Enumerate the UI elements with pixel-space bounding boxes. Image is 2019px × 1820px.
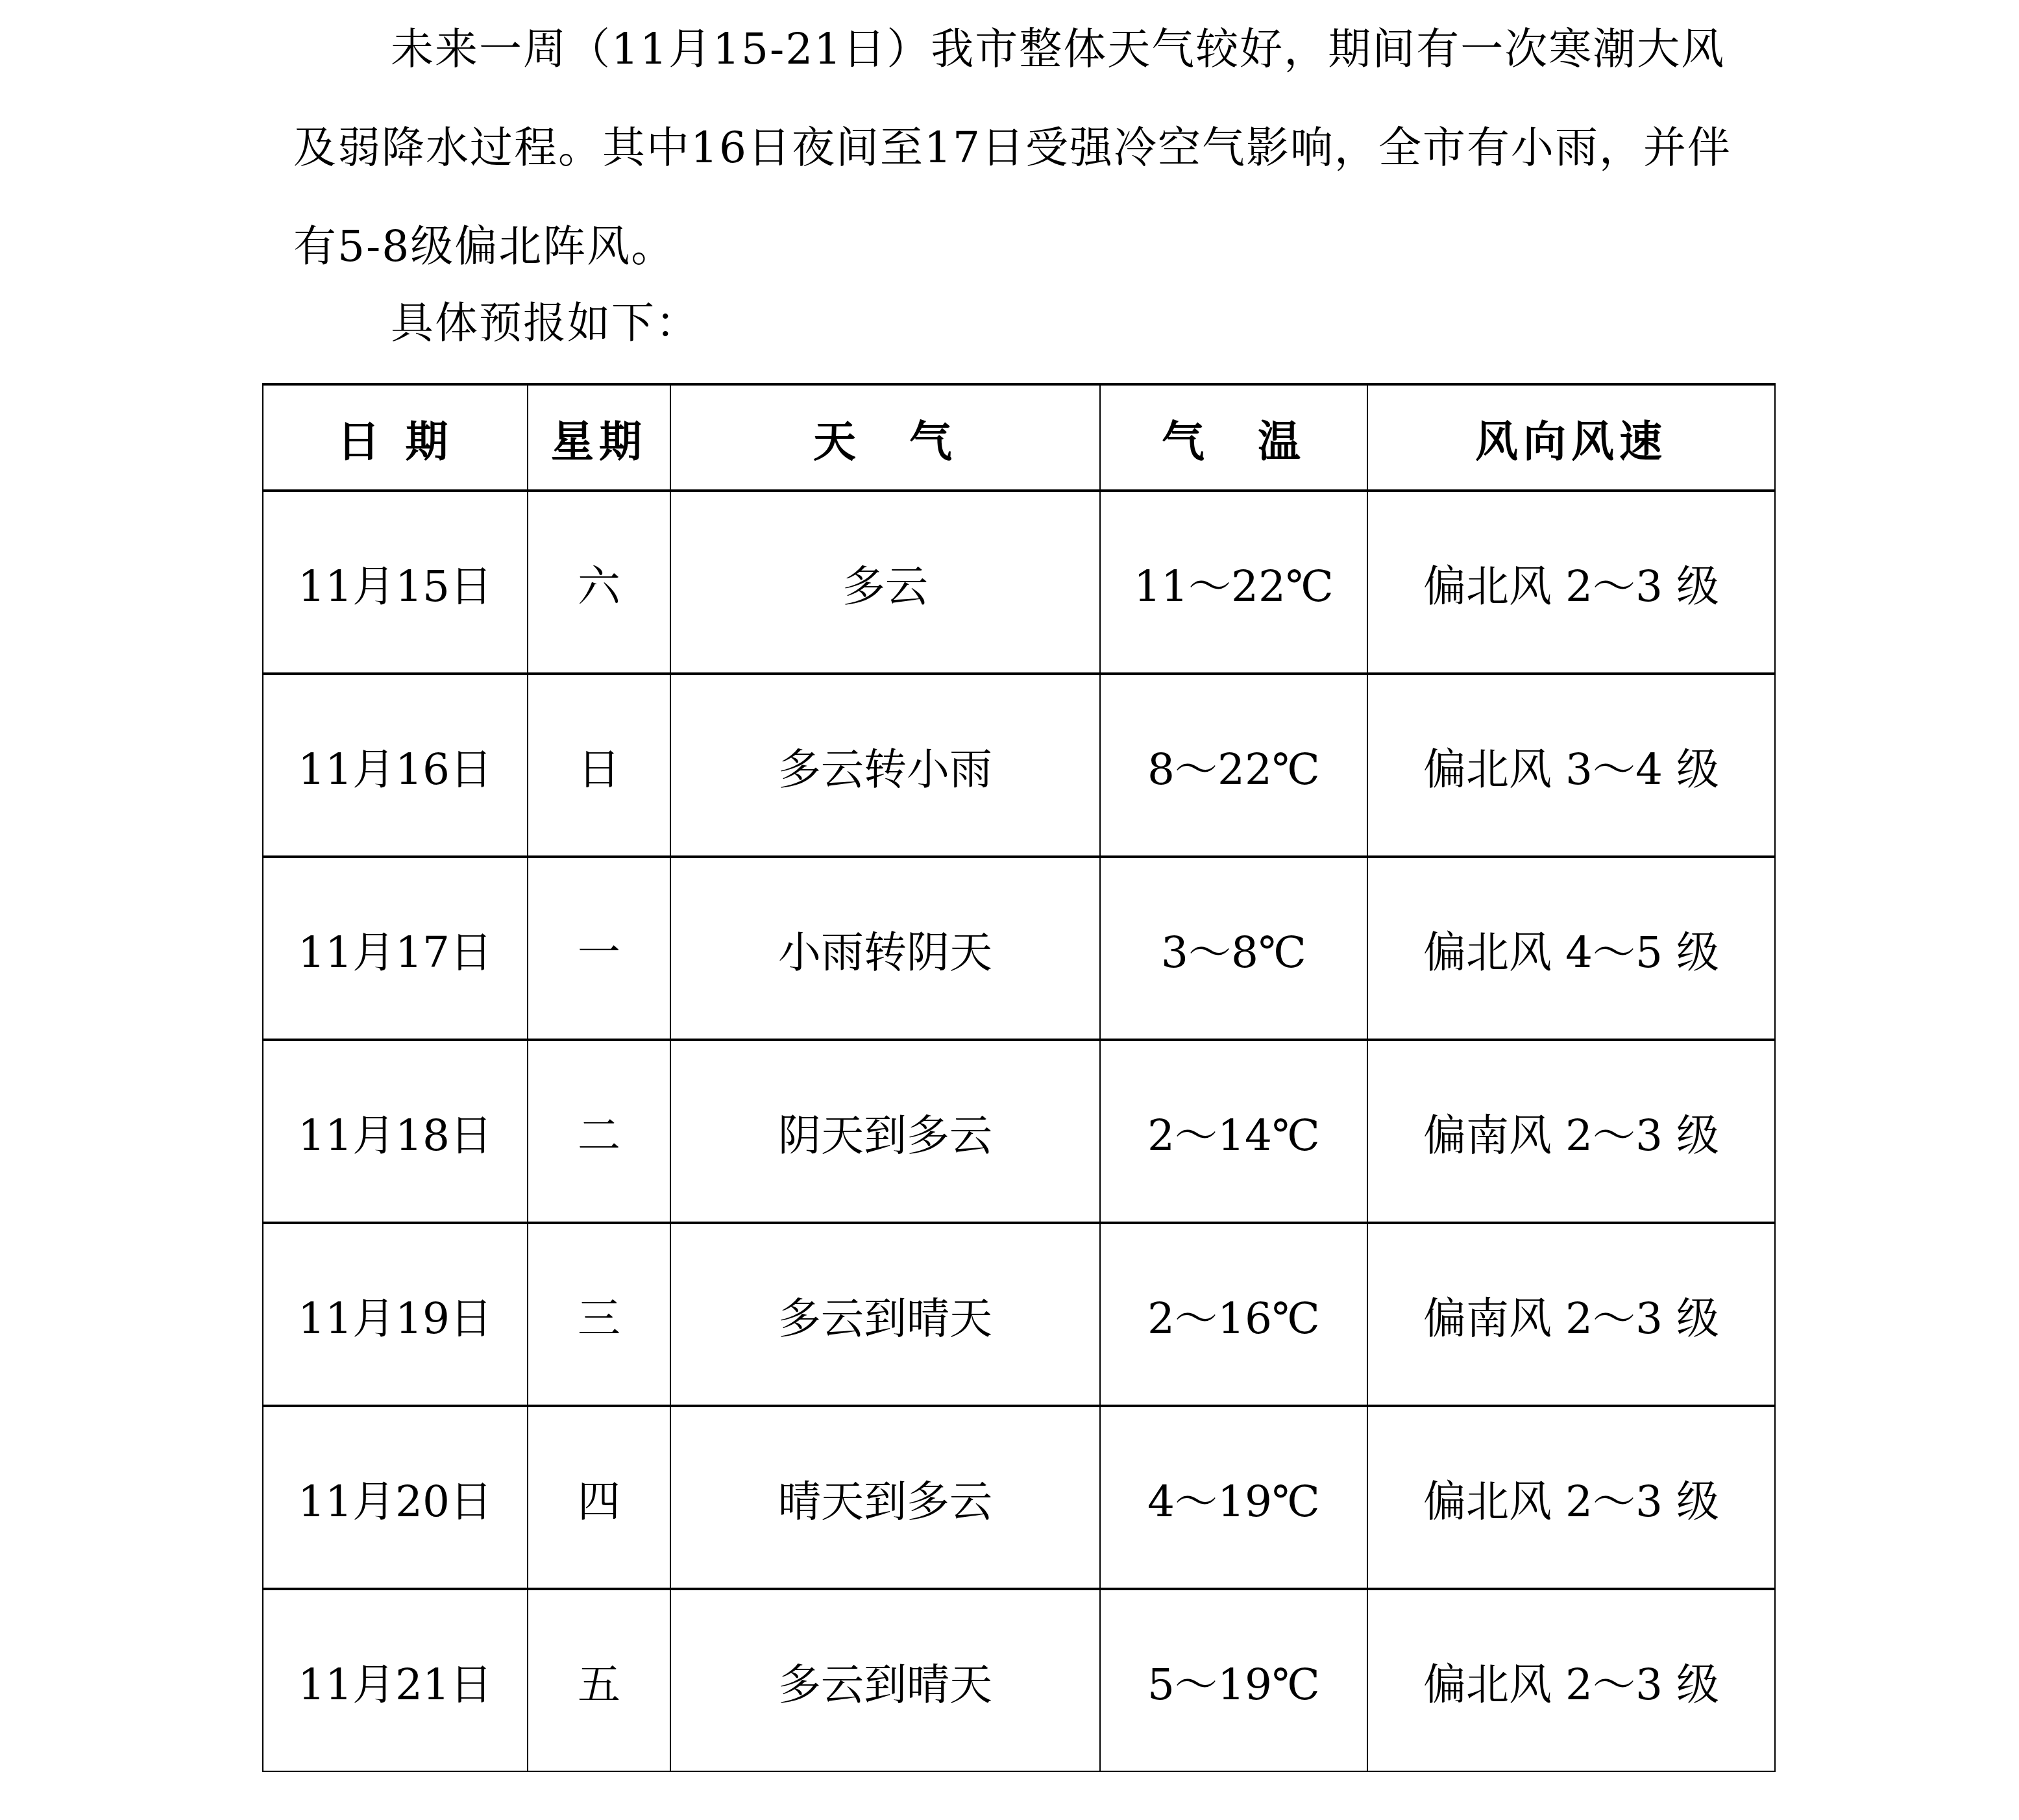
cell-date: 11月19日 <box>263 1223 528 1406</box>
cell-wind: 偏南风 2～3 级 <box>1367 1040 1775 1223</box>
cell-weekday: 日 <box>528 674 670 857</box>
forecast-table: 日 期 星期 天 气 气 温 风向风速 11月15日 六 多云 11～22℃ 偏… <box>262 383 1776 1772</box>
cell-weekday: 一 <box>528 857 670 1040</box>
intro-paragraph: 未来一周（11月15-21日）我市整体天气较好，期间有一次寒潮大风及弱降水过程。… <box>293 0 1747 296</box>
cell-temperature: 5～19℃ <box>1100 1589 1367 1771</box>
cell-wind: 偏南风 2～3 级 <box>1367 1223 1775 1406</box>
cell-temperature: 8～22℃ <box>1100 674 1367 857</box>
table-row: 11月19日 三 多云到晴天 2～16℃ 偏南风 2～3 级 <box>263 1223 1775 1406</box>
table-header-row: 日 期 星期 天 气 气 温 风向风速 <box>263 384 1775 491</box>
cell-temperature: 2～14℃ <box>1100 1040 1367 1223</box>
cell-date: 11月16日 <box>263 674 528 857</box>
header-wind: 风向风速 <box>1367 384 1775 491</box>
cell-wind: 偏北风 4～5 级 <box>1367 857 1775 1040</box>
cell-weather: 阴天到多云 <box>670 1040 1100 1223</box>
header-weekday: 星期 <box>528 384 670 491</box>
cell-date: 11月17日 <box>263 857 528 1040</box>
cell-date: 11月18日 <box>263 1040 528 1223</box>
table-row: 11月21日 五 多云到晴天 5～19℃ 偏北风 2～3 级 <box>263 1589 1775 1771</box>
header-temperature: 气 温 <box>1100 384 1367 491</box>
table-row: 11月18日 二 阴天到多云 2～14℃ 偏南风 2～3 级 <box>263 1040 1775 1223</box>
cell-weather: 小雨转阴天 <box>670 857 1100 1040</box>
cell-temperature: 11～22℃ <box>1100 491 1367 674</box>
lead-in-text: 具体预报如下： <box>293 291 1747 356</box>
cell-wind: 偏北风 2～3 级 <box>1367 1406 1775 1589</box>
table-row: 11月17日 一 小雨转阴天 3～8℃ 偏北风 4～5 级 <box>263 857 1775 1040</box>
cell-temperature: 3～8℃ <box>1100 857 1367 1040</box>
cell-weather: 多云转小雨 <box>670 674 1100 857</box>
cell-weather: 晴天到多云 <box>670 1406 1100 1589</box>
cell-weather: 多云到晴天 <box>670 1589 1100 1771</box>
cell-weather: 多云到晴天 <box>670 1223 1100 1406</box>
cell-temperature: 2～16℃ <box>1100 1223 1367 1406</box>
table-row: 11月20日 四 晴天到多云 4～19℃ 偏北风 2～3 级 <box>263 1406 1775 1589</box>
cell-weekday: 五 <box>528 1589 670 1771</box>
table-row: 11月15日 六 多云 11～22℃ 偏北风 2～3 级 <box>263 491 1775 674</box>
cell-date: 11月15日 <box>263 491 528 674</box>
cell-wind: 偏北风 3～4 级 <box>1367 674 1775 857</box>
cell-weekday: 二 <box>528 1040 670 1223</box>
cell-date: 11月20日 <box>263 1406 528 1589</box>
cell-weekday: 六 <box>528 491 670 674</box>
cell-wind: 偏北风 2～3 级 <box>1367 491 1775 674</box>
table-row: 11月16日 日 多云转小雨 8～22℃ 偏北风 3～4 级 <box>263 674 1775 857</box>
cell-weekday: 三 <box>528 1223 670 1406</box>
header-date: 日 期 <box>263 384 528 491</box>
header-weather: 天 气 <box>670 384 1100 491</box>
cell-wind: 偏北风 2～3 级 <box>1367 1589 1775 1771</box>
cell-temperature: 4～19℃ <box>1100 1406 1367 1589</box>
cell-weekday: 四 <box>528 1406 670 1589</box>
cell-weather: 多云 <box>670 491 1100 674</box>
cell-date: 11月21日 <box>263 1589 528 1771</box>
